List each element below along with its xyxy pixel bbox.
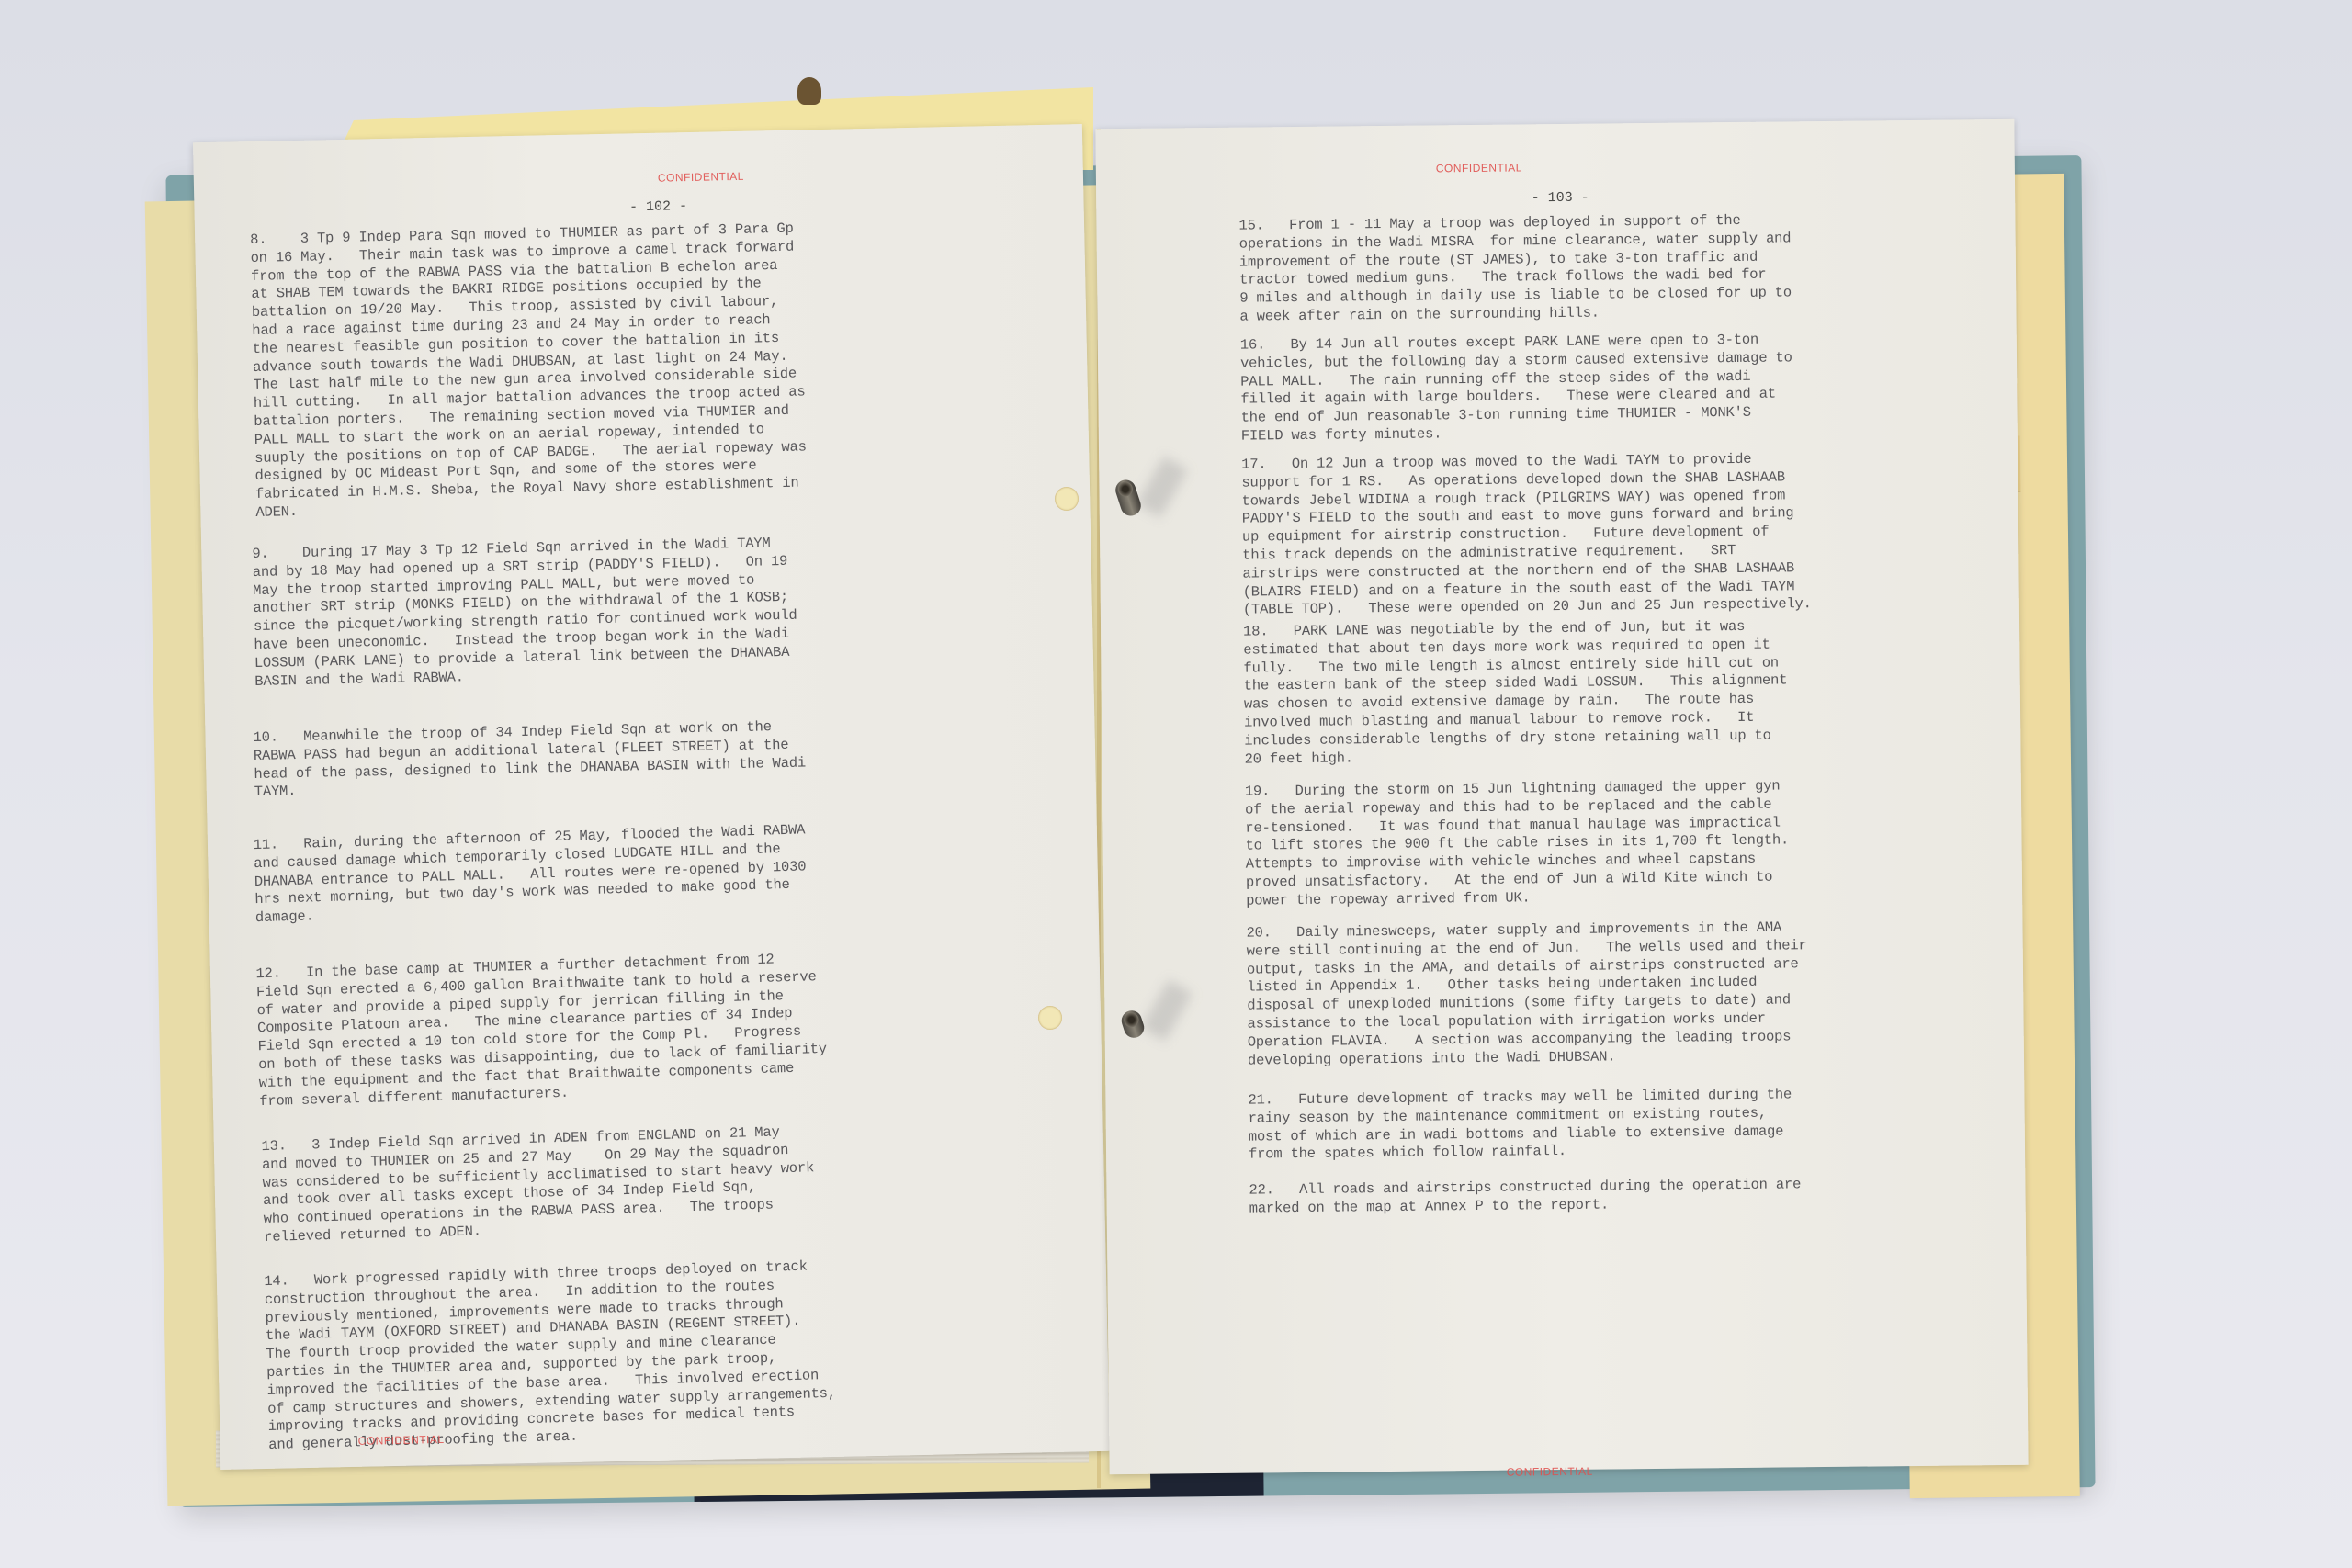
paragraph-22: 22. All roads and airstrips constructed …: [1249, 1176, 1801, 1218]
paragraph-19: 19. During the storm on 15 Jun lightning…: [1245, 777, 1790, 910]
paragraph-13: 13. 3 Indep Field Sqn arrived in ADEN fr…: [261, 1122, 816, 1247]
right-page: CONFIDENTIAL - 103 - 15. From 1 - 11 May…: [1095, 119, 2028, 1474]
paragraph-21: 21. Future development of tracks may wel…: [1248, 1086, 1792, 1164]
punch-hole-bottom: [1038, 1006, 1062, 1030]
paragraph-17: 17. On 12 Jun a troop was moved to the W…: [1241, 450, 1812, 620]
paragraph-10: 10. Meanwhile the troop of 34 Indep Fiel…: [253, 717, 806, 802]
header-confidential-stamp: CONFIDENTIAL: [1436, 161, 1522, 175]
paragraph-12: 12. In the base camp at THUMIER a furthe…: [255, 950, 828, 1111]
paragraph-14: 14. Work progressed rapidly with three t…: [264, 1258, 837, 1455]
binder-post-top: [797, 77, 821, 105]
left-page: CONFIDENTIAL - 102 - 8. 3 Tp 9 Indep Par…: [193, 124, 1110, 1470]
page-number: - 102 -: [612, 198, 704, 216]
footer-confidential-stamp: CONFIDENTIAL: [1507, 1465, 1593, 1479]
paragraph-8: 8. 3 Tp 9 Indep Para Sqn moved to THUMIE…: [250, 220, 808, 522]
page-number: - 103 -: [1514, 189, 1606, 206]
header-confidential-stamp: CONFIDENTIAL: [658, 170, 744, 185]
paragraph-9: 9. During 17 May 3 Tp 12 Field Sqn arriv…: [252, 535, 798, 692]
paragraph-15: 15. From 1 - 11 May a troop was deployed…: [1238, 211, 1792, 326]
paragraph-18: 18. PARK LANE was negotiable by the end …: [1243, 617, 1788, 769]
paragraph-16: 16. By 14 Jun all routes except PARK LAN…: [1240, 331, 1793, 446]
paragraph-11: 11. Rain, during the afternoon of 25 May…: [253, 821, 807, 928]
footer-confidential-stamp: CONFIDENTIAL: [357, 1433, 444, 1448]
paragraph-20: 20. Daily minesweeps, water supply and i…: [1246, 919, 1807, 1070]
punch-hole-top: [1055, 487, 1079, 511]
